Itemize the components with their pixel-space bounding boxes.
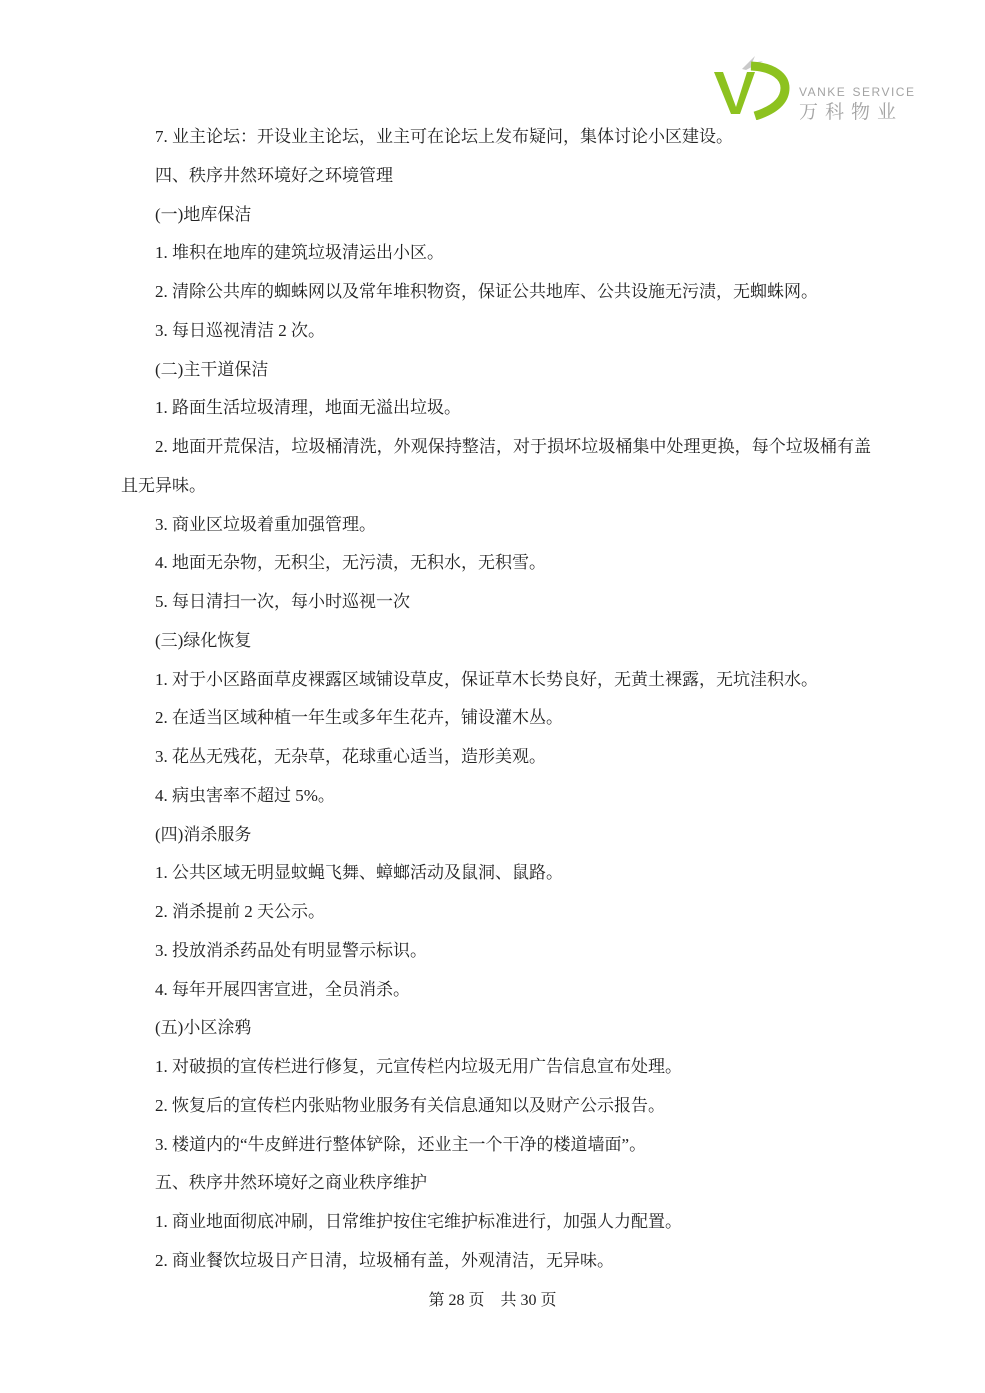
paragraph: 2. 恢复后的宣传栏内张贴物业服务有关信息通知以及财产公示报告。	[121, 1087, 871, 1126]
logo-text-block: vanke service 万科物业	[799, 82, 915, 122]
paragraph: 3. 楼道内的“牛皮鲜进行整体铲除，还业主一个干净的楼道墙面”。	[121, 1126, 871, 1165]
document-content: 7. 业主论坛：开设业主论坛，业主可在论坛上发布疑问，集体讨论小区建设。四、秩序…	[121, 118, 871, 1281]
paragraph: (一)地库保洁	[121, 196, 871, 235]
paragraph: (二)主干道保洁	[121, 351, 871, 390]
paragraph: 2. 消杀提前 2 天公示。	[121, 893, 871, 932]
paragraph: 1. 堆积在地库的建筑垃圾清运出小区。	[121, 234, 871, 273]
paragraph: 2. 商业餐饮垃圾日产日清，垃圾桶有盖，外观清洁，无异味。	[121, 1242, 871, 1281]
paragraph: 3. 商业区垃圾着重加强管理。	[121, 506, 871, 545]
document-page: vanke service 万科物业 7. 业主论坛：开设业主论坛，业主可在论坛…	[0, 0, 985, 1393]
paragraph: 4. 地面无杂物，无积尘，无污渍，无积水，无积雪。	[121, 544, 871, 583]
paragraph: (四)消杀服务	[121, 816, 871, 855]
paragraph: 4. 每年开展四害宣进，全员消杀。	[121, 971, 871, 1010]
paragraph: 3. 每日巡视清洁 2 次。	[121, 312, 871, 351]
vanke-vs-monogram-icon	[712, 54, 792, 120]
paragraph: 4. 病虫害率不超过 5%。	[121, 777, 871, 816]
paragraph: 1. 路面生活垃圾清理，地面无溢出垃圾。	[121, 389, 871, 428]
paragraph: 2. 在适当区域种植一年生或多年生花卉，铺设灌木丛。	[121, 699, 871, 738]
paragraph: 1. 对破损的宣传栏进行修复，元宣传栏内垃圾无用广告信息宣布处理。	[121, 1048, 871, 1087]
page-indicator: 第 28 页 共 30 页	[428, 1292, 556, 1309]
paragraph: 1. 商业地面彻底冲刷，日常维护按住宅维护标准进行，加强人力配置。	[121, 1203, 871, 1242]
paragraph: 3. 花丛无残花，无杂草，花球重心适当，造形美观。	[121, 738, 871, 777]
page-footer: 第 28 页 共 30 页	[0, 1282, 985, 1320]
paragraph: 五、秩序井然环境好之商业秩序维护	[121, 1164, 871, 1203]
paragraph: (三)绿化恢复	[121, 622, 871, 661]
paragraph: 7. 业主论坛：开设业主论坛，业主可在论坛上发布疑问，集体讨论小区建设。	[121, 118, 871, 157]
logo-brand-en: vanke service	[799, 82, 915, 99]
paragraph: 2. 地面开荒保洁，垃圾桶清洗，外观保持整洁，对于损坏垃圾桶集中处理更换，每个垃…	[121, 428, 871, 506]
paragraph: (五)小区涂鸦	[121, 1009, 871, 1048]
paragraph: 3. 投放消杀药品处有明显警示标识。	[121, 932, 871, 971]
paragraph: 四、秩序井然环境好之环境管理	[121, 157, 871, 196]
paragraph: 1. 公共区域无明显蚊蝇飞舞、蟑螂活动及鼠洞、鼠路。	[121, 854, 871, 893]
paragraph: 1. 对于小区路面草皮裸露区域铺设草皮，保证草木长势良好，无黄土裸露，无坑洼积水…	[121, 661, 871, 700]
paragraph: 2. 清除公共库的蜘蛛网以及常年堆积物资，保证公共地库、公共设施无污渍，无蜘蛛网…	[121, 273, 871, 312]
paragraph: 5. 每日清扫一次，每小时巡视一次	[121, 583, 871, 622]
vanke-logo: vanke service 万科物业	[712, 54, 915, 122]
